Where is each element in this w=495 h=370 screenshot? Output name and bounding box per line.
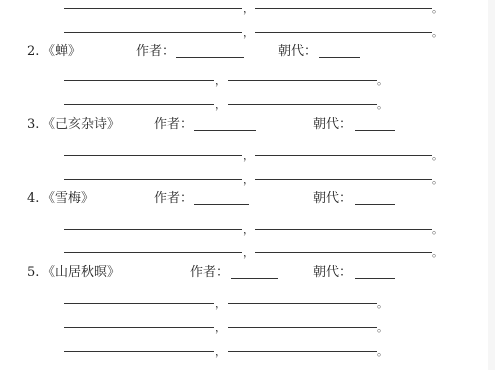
verse-blank-left[interactable] (64, 229, 242, 230)
period: 。 (377, 75, 388, 87)
period: 。 (432, 3, 443, 15)
period: 。 (432, 150, 443, 162)
author-label: 作者： (154, 117, 193, 133)
dynasty-blank[interactable] (319, 57, 360, 58)
comma: ， (243, 247, 254, 259)
author-label: 作者： (136, 44, 175, 60)
period: 。 (377, 346, 388, 358)
verse-blank-left[interactable] (64, 155, 242, 156)
section-number: 2. (27, 44, 39, 60)
verse-blank-left[interactable] (64, 327, 214, 328)
dynasty-label: 朝代： (313, 265, 352, 281)
verse-blank-left[interactable] (64, 179, 242, 180)
verse-blank-right[interactable] (228, 351, 377, 352)
comma: ， (215, 346, 226, 358)
verse-blank-right[interactable] (228, 327, 377, 328)
verse-blank-left[interactable] (64, 252, 242, 253)
period: 。 (432, 174, 443, 186)
comma: ， (243, 174, 254, 186)
comma: ， (243, 3, 254, 15)
period: 。 (432, 224, 443, 236)
poem-title: 《山居秋暝》 (42, 265, 120, 281)
verse-blank-right[interactable] (228, 104, 377, 105)
dynasty-blank[interactable] (355, 278, 395, 279)
verse-blank-left[interactable] (64, 104, 214, 105)
comma: ， (243, 224, 254, 236)
comma: ， (215, 75, 226, 87)
dynasty-label: 朝代： (313, 117, 352, 133)
section-number: 4. (27, 191, 39, 207)
verse-blank-right[interactable] (255, 252, 432, 253)
verse-blank-left[interactable] (64, 351, 214, 352)
poem-title: 《蝉》 (42, 44, 81, 60)
verse-blank-left[interactable] (64, 80, 214, 81)
author-blank[interactable] (231, 278, 278, 279)
period: 。 (377, 99, 388, 111)
poem-title: 《己亥杂诗》 (42, 117, 120, 133)
verse-blank-right[interactable] (255, 8, 432, 9)
author-label: 作者： (154, 191, 193, 207)
comma: ， (215, 298, 226, 310)
period: 。 (377, 298, 388, 310)
dynasty-blank[interactable] (355, 204, 395, 205)
verse-blank-left[interactable] (64, 8, 242, 9)
comma: ， (215, 99, 226, 111)
comma: ， (215, 322, 226, 334)
verse-blank-right[interactable] (228, 80, 377, 81)
dynasty-label: 朝代： (278, 44, 317, 60)
verse-blank-left[interactable] (64, 32, 242, 33)
section-number: 3. (27, 117, 39, 133)
comma: ， (243, 27, 254, 39)
verse-blank-right[interactable] (228, 303, 377, 304)
verse-blank-right[interactable] (255, 179, 432, 180)
author-blank[interactable] (176, 57, 244, 58)
poem-title: 《雪梅》 (42, 191, 94, 207)
section-number: 5. (27, 265, 39, 281)
period: 。 (432, 247, 443, 259)
verse-blank-right[interactable] (255, 155, 432, 156)
period: 。 (377, 322, 388, 334)
author-blank[interactable] (194, 130, 256, 131)
verse-blank-left[interactable] (64, 303, 214, 304)
period: 。 (432, 27, 443, 39)
page-edge-shadow (488, 0, 495, 370)
author-label: 作者： (190, 265, 229, 281)
author-blank[interactable] (194, 204, 249, 205)
dynasty-label: 朝代： (313, 191, 352, 207)
verse-blank-right[interactable] (255, 32, 432, 33)
verse-blank-right[interactable] (255, 229, 432, 230)
comma: ， (243, 150, 254, 162)
dynasty-blank[interactable] (355, 130, 395, 131)
